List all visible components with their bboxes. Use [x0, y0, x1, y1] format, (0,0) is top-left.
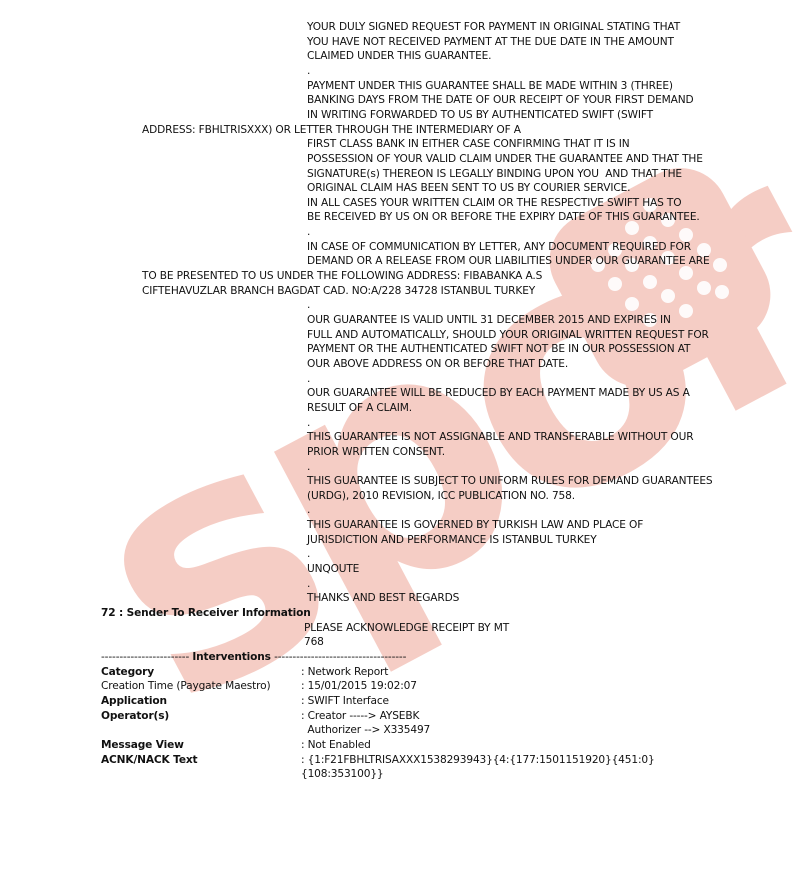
- field-72-value: 768: [304, 635, 324, 649]
- guarantee-text-line: IN WRITING FORWARDED TO US BY AUTHENTICA…: [307, 108, 653, 122]
- guarantee-text-line: THIS GUARANTEE IS SUBJECT TO UNIFORM RUL…: [307, 474, 712, 488]
- guarantee-text-line: IN ALL CASES YOUR WRITTEN CLAIM OR THE R…: [307, 196, 681, 210]
- guarantee-text-line: .: [307, 460, 310, 474]
- guarantee-text-line: OUR GUARANTEE IS VALID UNTIL 31 DECEMBER…: [307, 313, 671, 327]
- guarantee-text-line: JURISDICTION AND PERFORMANCE IS ISTANBUL…: [307, 533, 597, 547]
- intervention-value: {108:353100}}: [301, 767, 384, 781]
- guarantee-text-line: SIGNATURE(s) THEREON IS LEGALLY BINDING …: [307, 167, 682, 181]
- guarantee-text-line: .: [307, 503, 310, 517]
- intervention-value: : SWIFT Interface: [301, 694, 389, 708]
- intervention-value: : 15/01/2015 19:02:07: [301, 679, 417, 693]
- guarantee-text-line: ADDRESS: FBHLTRISXXX) OR LETTER THROUGH …: [142, 123, 521, 137]
- guarantee-text-line: (URDG), 2010 REVISION, ICC PUBLICATION N…: [307, 489, 575, 503]
- interventions-header-title: Interventions: [192, 651, 270, 663]
- guarantee-text-line: OUR ABOVE ADDRESS ON OR BEFORE THAT DATE…: [307, 357, 568, 371]
- intervention-label: Message View: [101, 738, 184, 752]
- field-72-label: 72 : Sender To Receiver Information: [101, 606, 311, 620]
- guarantee-text-line: .: [307, 64, 310, 78]
- guarantee-text-line: PAYMENT OR THE AUTHENTICATED SWIFT NOT B…: [307, 342, 690, 356]
- intervention-value: : Network Report: [301, 665, 388, 679]
- guarantee-text-line: CIFTEHAVUZLAR BRANCH BAGDAT CAD. NO:A/22…: [142, 284, 535, 298]
- guarantee-text-line: THIS GUARANTEE IS GOVERNED BY TURKISH LA…: [307, 518, 643, 532]
- guarantee-text-line: UNQOUTE: [307, 562, 359, 576]
- intervention-label: Operator(s): [101, 709, 169, 723]
- guarantee-text-line: TO BE PRESENTED TO US UNDER THE FOLLOWIN…: [142, 269, 542, 283]
- guarantee-text-line: .: [307, 372, 310, 386]
- guarantee-text-line: .: [307, 547, 310, 561]
- interventions-header-left: ------------------------: [101, 651, 189, 663]
- guarantee-text-line: .: [307, 416, 310, 430]
- guarantee-text-line: FIRST CLASS BANK IN EITHER CASE CONFIRMI…: [307, 137, 630, 151]
- guarantee-text-line: THANKS AND BEST REGARDS: [307, 591, 459, 605]
- guarantee-text-line: FULL AND AUTOMATICALLY, SHOULD YOUR ORIG…: [307, 328, 709, 342]
- guarantee-text-line: .: [307, 298, 310, 312]
- intervention-value: : Creator -----> AYSEBK: [301, 709, 419, 723]
- intervention-label: ACNK/NACK Text: [101, 753, 197, 767]
- interventions-header-right: ------------------------------------: [274, 651, 406, 663]
- guarantee-text-line: YOUR DULY SIGNED REQUEST FOR PAYMENT IN …: [307, 20, 680, 34]
- guarantee-text-line: PAYMENT UNDER THIS GUARANTEE SHALL BE MA…: [307, 79, 673, 93]
- guarantee-text-line: CLAIMED UNDER THIS GUARANTEE.: [307, 49, 491, 63]
- guarantee-text-line: THIS GUARANTEE IS NOT ASSIGNABLE AND TRA…: [307, 430, 693, 444]
- guarantee-text-line: .: [307, 577, 310, 591]
- guarantee-text-line: YOU HAVE NOT RECEIVED PAYMENT AT THE DUE…: [307, 35, 674, 49]
- guarantee-text-line: PRIOR WRITTEN CONSENT.: [307, 445, 445, 459]
- guarantee-text-line: .: [307, 225, 310, 239]
- guarantee-text-line: RESULT OF A CLAIM.: [307, 401, 412, 415]
- guarantee-text-line: BANKING DAYS FROM THE DATE OF OUR RECEIP…: [307, 93, 694, 107]
- intervention-value: : Not Enabled: [301, 738, 371, 752]
- guarantee-text-line: OUR GUARANTEE WILL BE REDUCED BY EACH PA…: [307, 386, 690, 400]
- guarantee-text-line: IN CASE OF COMMUNICATION BY LETTER, ANY …: [307, 240, 691, 254]
- intervention-value: Authorizer --> X335497: [301, 723, 430, 737]
- intervention-label: Category: [101, 665, 154, 679]
- guarantee-text-line: DEMAND OR A RELEASE FROM OUR LIABILITIES…: [307, 254, 710, 268]
- guarantee-text-line: POSSESSION OF YOUR VALID CLAIM UNDER THE…: [307, 152, 703, 166]
- interventions-header: ------------------------ Interventions -…: [101, 650, 406, 664]
- guarantee-text-line: ORIGINAL CLAIM HAS BEEN SENT TO US BY CO…: [307, 181, 630, 195]
- intervention-value: : {1:F21FBHLTRISAXXX1538293943}{4:{177:1…: [301, 753, 655, 767]
- intervention-label: Creation Time (Paygate Maestro): [101, 679, 270, 693]
- guarantee-text-line: BE RECEIVED BY US ON OR BEFORE THE EXPIR…: [307, 210, 700, 224]
- field-72-value: PLEASE ACKNOWLEDGE RECEIPT BY MT: [304, 621, 509, 635]
- intervention-label: Application: [101, 694, 167, 708]
